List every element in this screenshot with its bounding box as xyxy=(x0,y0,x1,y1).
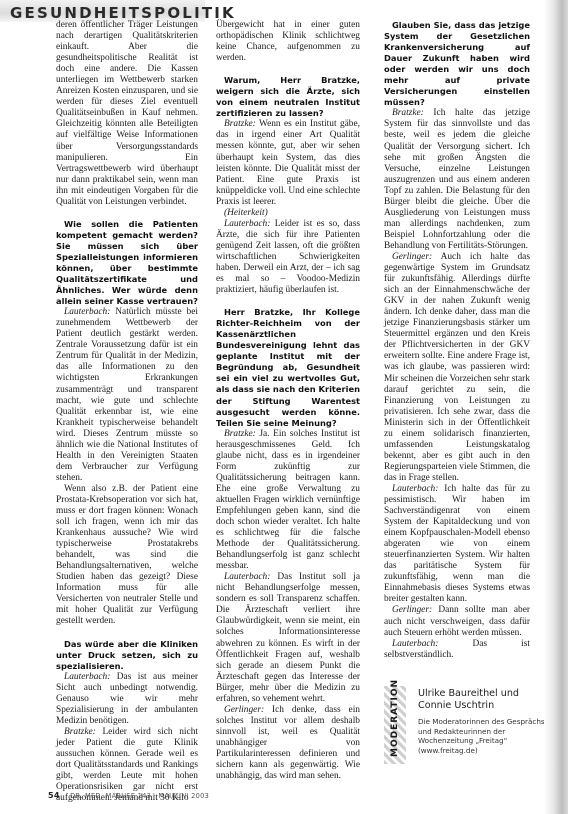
answer-paragraph: Lauterbach: Das Institut soll ja nicht B… xyxy=(216,572,360,705)
speaker-name: Gerlinger: xyxy=(392,605,432,615)
moderation-label-strip: MODERATION xyxy=(384,686,406,764)
answer-paragraph: Lauterbach: Natürlich müsste bei zunehme… xyxy=(56,307,198,484)
answer-paragraph: Bratzke: Ich halte das jetzige System fü… xyxy=(384,108,530,252)
answer-paragraph: Bratzke: Wenn es ein Institut gäbe, das … xyxy=(216,119,360,207)
answer-text: Natürlich müsste bei zunehmendem Wettbew… xyxy=(56,307,198,483)
article-column-2: Übergewicht hat in einer guten orthopädi… xyxy=(216,20,360,782)
answer-paragraph: Gerlinger: Auch ich halte das gegenwärti… xyxy=(384,252,530,484)
moderator-names-line1: Ulrike Baureithel und xyxy=(418,688,558,700)
moderation-box: MODERATION Ulrike Baureithel und Connie … xyxy=(384,686,554,766)
speaker-name: Gerlinger: xyxy=(392,252,432,262)
answer-paragraph: Lauterbach: Leider ist es so, dass Ärzte… xyxy=(216,219,360,296)
speaker-name: Bratzke: xyxy=(392,108,424,118)
publication-info: DR. MED. MABUSE 143 · MAI/JUNI 2003 xyxy=(70,792,209,800)
interview-question: Wie sollen die Patienten kompetent gemac… xyxy=(56,219,198,307)
answer-text: Ich halte das für zu pessimistisch. Wir … xyxy=(384,484,530,604)
answer-text: Auch ich halte das gegenwärtige System i… xyxy=(384,252,530,483)
answer-paragraph: Lauterbach: Das ist aus meiner Sicht auc… xyxy=(56,672,198,727)
speaker-name: Bratzke: xyxy=(224,119,256,129)
page-gutter-shadow xyxy=(544,0,568,814)
speaker-name: Lauterbach: xyxy=(392,639,438,649)
page-number: 54 xyxy=(48,791,60,800)
answer-text: Wenn es ein Institut gäbe, das in irgend… xyxy=(216,119,360,206)
answer-paragraph: Gerlinger: Dann sollte man aber auch nic… xyxy=(384,605,530,638)
interview-question: Glauben Sie, dass das jetzige System der… xyxy=(384,20,530,108)
paragraph: deren öffentlicher Träger Leistungen nac… xyxy=(56,20,198,208)
speaker-name: Bratzke: xyxy=(64,727,96,737)
moderator-names-line2: Connie Uschtrin xyxy=(418,700,558,712)
interview-question: Warum, Herr Bratzke, weigern sich die Är… xyxy=(216,75,360,119)
paragraph: Wenn also z.B. der Patient eine Prostata… xyxy=(56,484,198,628)
answer-text: Ja. Ein solches Institut ist herausgesch… xyxy=(216,429,360,572)
interview-question: Das würde aber die Kliniken unter Druck … xyxy=(56,639,198,672)
answer-paragraph: Lauterbach: Das ist selbstverständlich. xyxy=(384,639,530,661)
speaker-name: Lauterbach: xyxy=(64,672,110,682)
interview-question: Herr Bratzke, Ihr Kollege Richter-Reichh… xyxy=(216,307,360,429)
answer-paragraph: Lauterbach: Ich halte das für zu pessimi… xyxy=(384,484,530,606)
article-column-1: deren öffentlicher Träger Leistungen nac… xyxy=(56,20,198,804)
speaker-name: Lauterbach: xyxy=(64,307,110,317)
speaker-name: Lauterbach: xyxy=(224,572,270,582)
section-header-banner: GESUNDHEITSPOLITIK xyxy=(0,0,205,22)
answer-text: Ich halte das jetzige System für das sin… xyxy=(384,108,530,251)
answer-text: Ich denke, dass ein solches Institut vor… xyxy=(216,705,360,781)
moderation-label: MODERATION xyxy=(390,687,400,757)
moderator-names: Ulrike Baureithel und Connie Uschtrin xyxy=(418,688,558,712)
answer-text: Das Institut soll ja nicht Behandlungser… xyxy=(216,572,360,704)
answer-paragraph: Gerlinger: Ich denke, dass ein solches I… xyxy=(216,705,360,782)
speaker-name: Lauterbach: xyxy=(392,484,438,494)
page-footer: 54 DR. MED. MABUSE 143 · MAI/JUNI 2003 xyxy=(48,791,209,800)
interjection: (Heiterkeit) xyxy=(216,208,360,219)
speaker-name: Gerlinger: xyxy=(224,705,264,715)
answer-text: Leider ist es so, dass Ärzte, die sich f… xyxy=(216,219,360,295)
moderator-description: Die Moderatorinnen des Gesprächs und Red… xyxy=(418,717,558,755)
answer-paragraph: Bratzke: Ja. Ein solches Institut ist he… xyxy=(216,429,360,573)
speaker-name: Bratzke: xyxy=(224,429,256,439)
speaker-name: Lauterbach: xyxy=(224,219,270,229)
article-column-3: Glauben Sie, dass das jetzige System der… xyxy=(384,20,530,661)
paragraph: Übergewicht hat in einer guten orthopädi… xyxy=(216,20,360,64)
